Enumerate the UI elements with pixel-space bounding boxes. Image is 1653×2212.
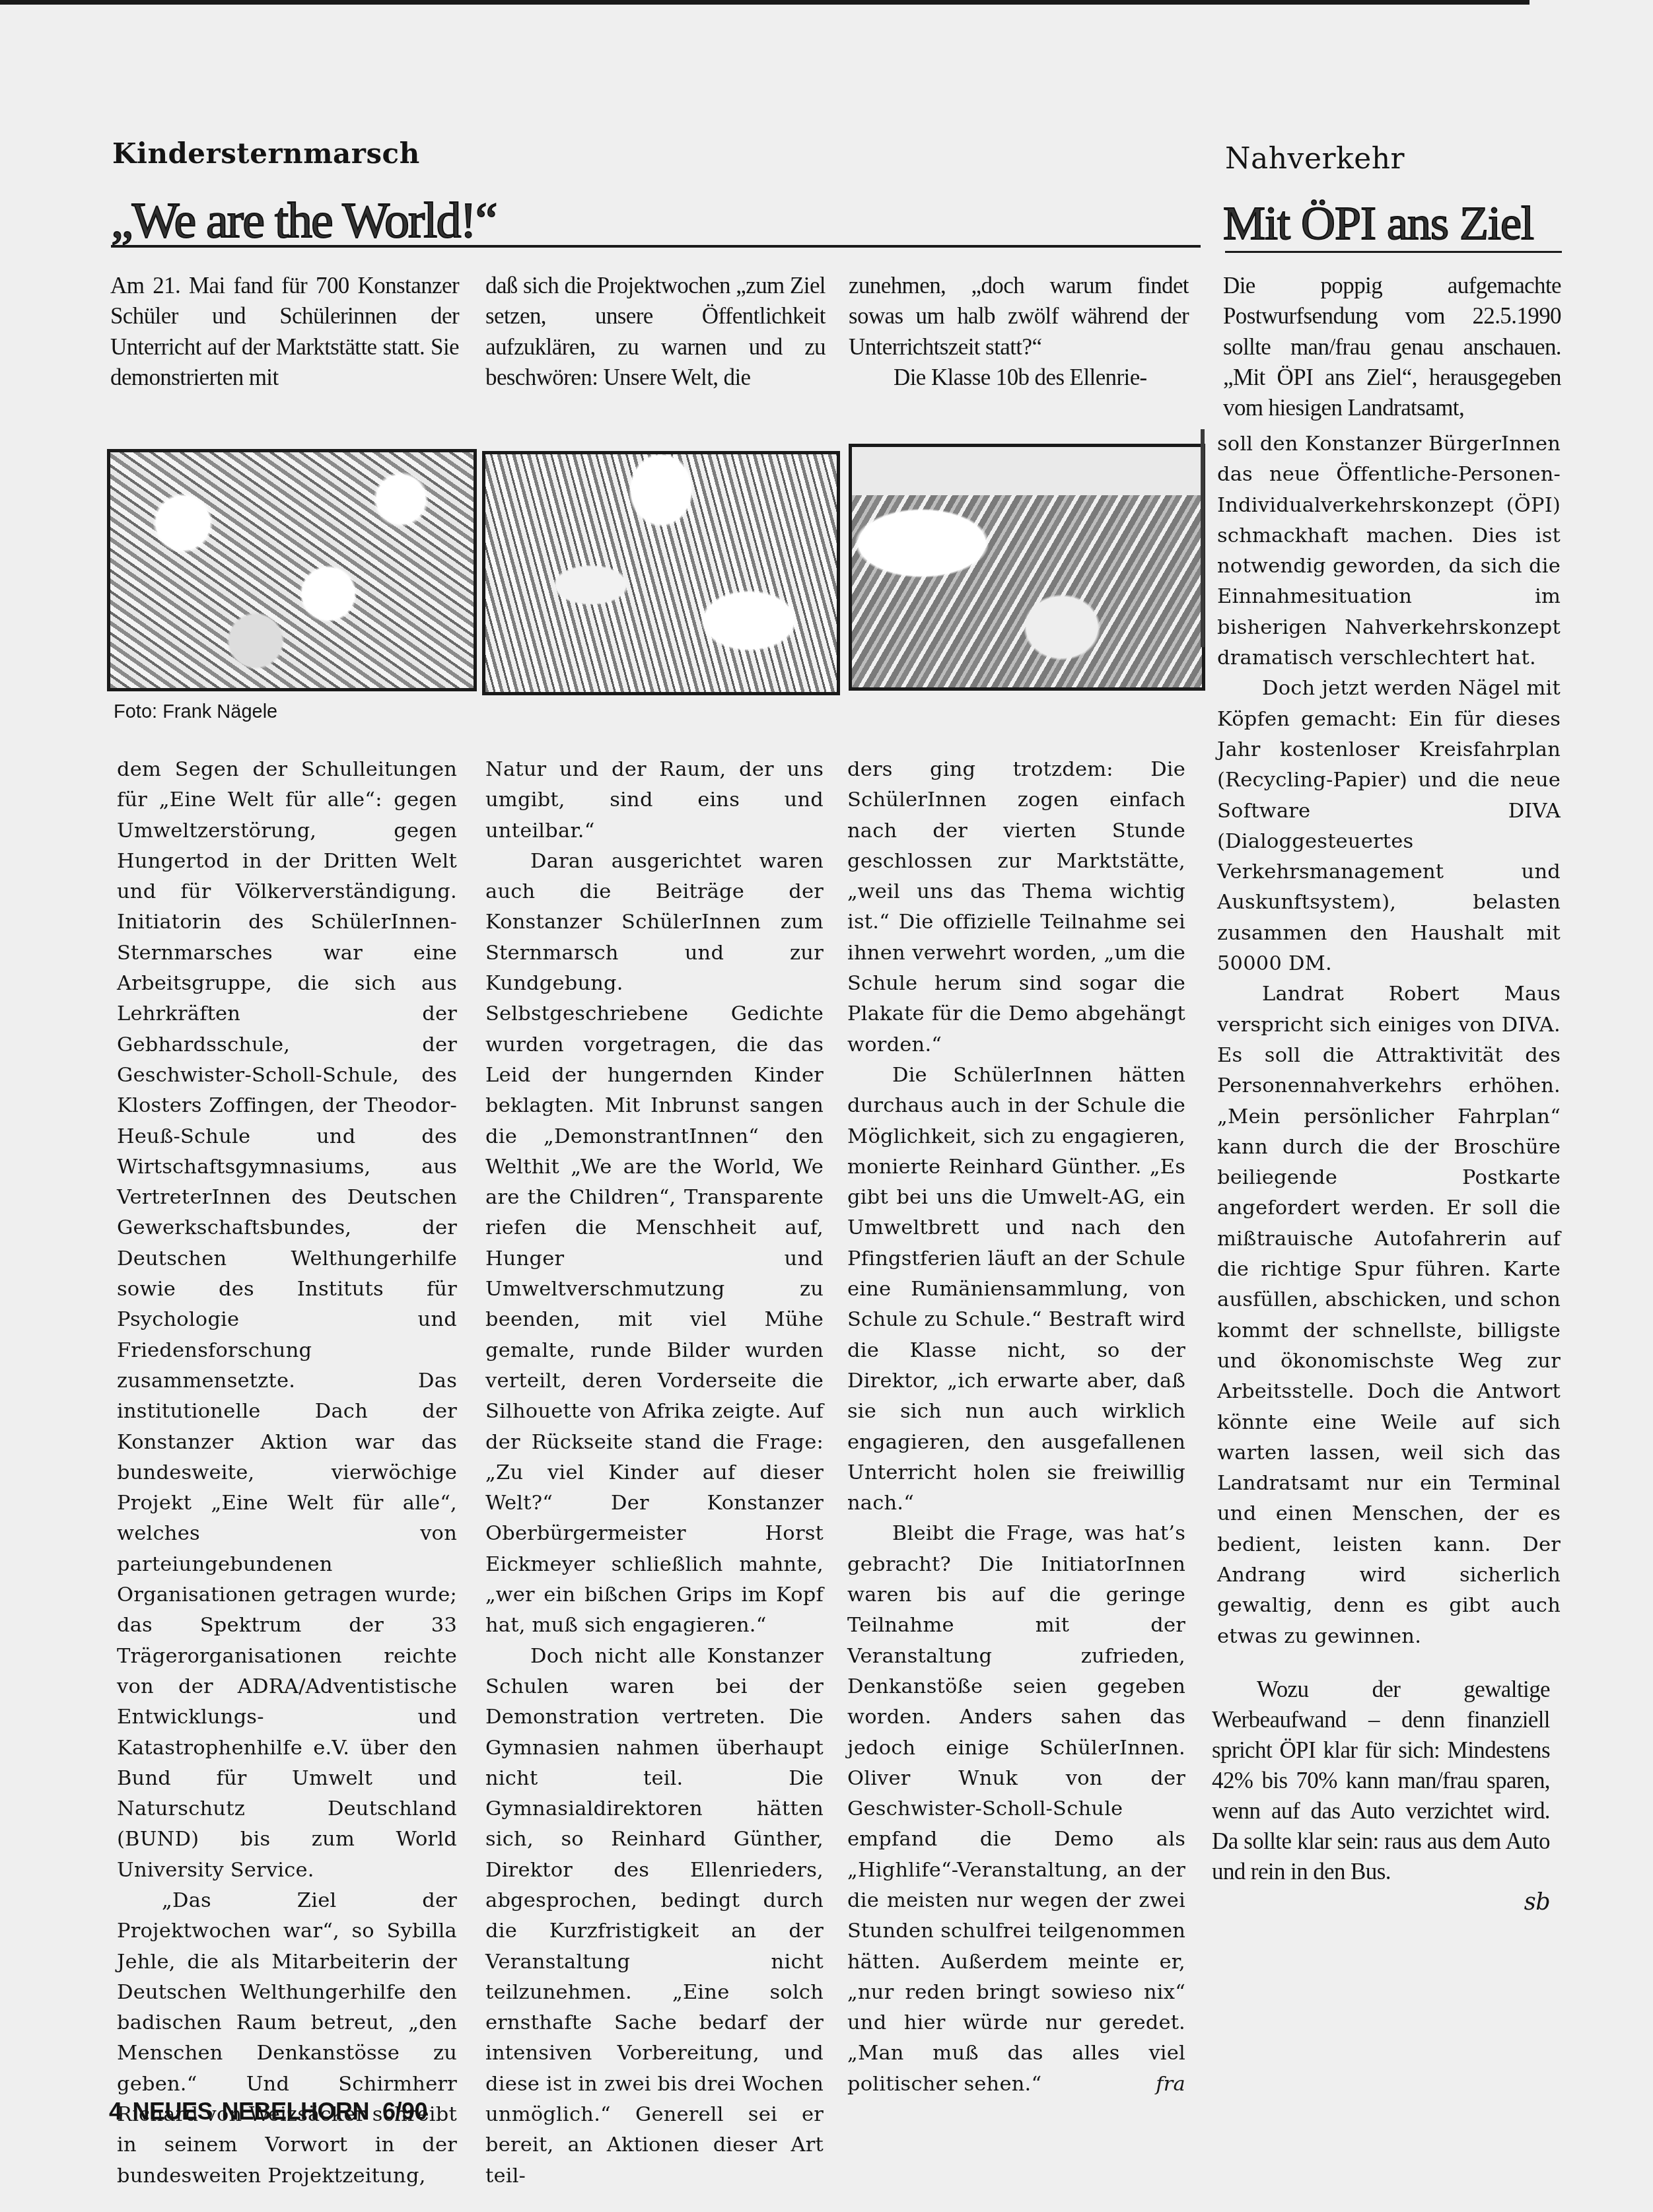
article-intro-col-1: Am 21. Mai fand für 700 Konstanzer Schül…	[110, 271, 459, 393]
page-number: 4	[109, 2098, 122, 2125]
article-kicker: Nahverkehr	[1225, 142, 1405, 176]
body-paragraph: Landrat Robert Maus verspricht sich eini…	[1217, 979, 1561, 1652]
photo-credit: Foto: Frank Nägele	[114, 701, 277, 723]
body-paragraph: Doch jetzt werden Nägel mit Köpfen gemac…	[1217, 674, 1561, 979]
column-divider	[1201, 429, 1205, 647]
article-intro-col-3: zunehmen, „doch warum findet sowas um ha…	[849, 271, 1189, 393]
body-paragraph: zunehmen, „doch warum findet sowas um ha…	[849, 271, 1189, 363]
body-paragraph: daß sich die Projektwochen „zum Ziel set…	[485, 271, 826, 393]
crowd-photo-center	[482, 451, 840, 695]
article-headline: Mit ÖPI ans Ziel	[1223, 199, 1533, 247]
author-signature: fra	[1111, 2069, 1185, 2100]
body-paragraph: Die poppig aufgemachte Postwurfsendung v…	[1223, 271, 1561, 423]
body-paragraph: Wozu der gewaltige Werbeaufwand – denn f…	[1212, 1675, 1550, 1887]
crowd-photo-right	[849, 444, 1205, 691]
article-intro-col-2: daß sich die Projektwochen „zum Ziel set…	[485, 271, 826, 393]
crowd-photo-left	[107, 449, 477, 691]
body-paragraph: ders ging trotzdem: Die SchülerInnen zog…	[847, 755, 1185, 1060]
body-text: Bleibt die Frage, was hat’s gebracht? Di…	[847, 1522, 1185, 2095]
body-paragraph: dem Segen der Schulleitungen für „Eine W…	[117, 755, 457, 1886]
article-2-closing: Wozu der gewaltige Werbeaufwand – denn f…	[1212, 1675, 1550, 1918]
article-headline: „We are the World!“	[111, 195, 496, 246]
body-paragraph: Die Klasse 10b des Ellenrie-	[849, 363, 1189, 393]
body-paragraph: Doch nicht alle Konstanzer Schulen waren…	[485, 1642, 824, 2192]
page-top-border	[0, 0, 1530, 5]
publication-name: NEUES NEBELHORN	[133, 2098, 370, 2125]
body-paragraph: Am 21. Mai fand für 700 Konstanzer Schül…	[110, 271, 459, 393]
page-footer: 4NEUES NEBELHORN6/90	[109, 2098, 427, 2126]
article-column-3: ders ging trotzdem: Die SchülerInnen zog…	[847, 755, 1185, 2100]
article-column-2: Natur und der Raum, der uns umgibt, sind…	[485, 755, 824, 2192]
issue-number: 6/90	[382, 2098, 427, 2125]
headline-rule	[1225, 251, 1562, 253]
article-column-1: dem Segen der Schulleitungen für „Eine W…	[117, 755, 457, 2192]
body-paragraph: „Das Ziel der Projektwochen war“, so Syb…	[117, 1886, 457, 2192]
body-paragraph: soll den Konstanzer BürgerInnen das neue…	[1217, 429, 1561, 674]
article-kicker: Kindersternmarsch	[112, 137, 420, 170]
article-2-column: soll den Konstanzer BürgerInnen das neue…	[1217, 429, 1561, 1652]
body-paragraph: Bleibt die Frage, was hat’s gebracht? Di…	[847, 1519, 1185, 2100]
body-paragraph: Natur und der Raum, der uns umgibt, sind…	[485, 755, 824, 847]
article-2-intro: Die poppig aufgemachte Postwurfsendung v…	[1223, 271, 1561, 423]
headline-rule	[111, 245, 1201, 248]
body-paragraph: Die SchülerInnen hätten durchaus auch in…	[847, 1060, 1185, 1519]
body-paragraph: Daran ausgerichtet waren auch die Beiträ…	[485, 847, 824, 1642]
author-signature: sb	[1524, 1887, 1550, 1918]
